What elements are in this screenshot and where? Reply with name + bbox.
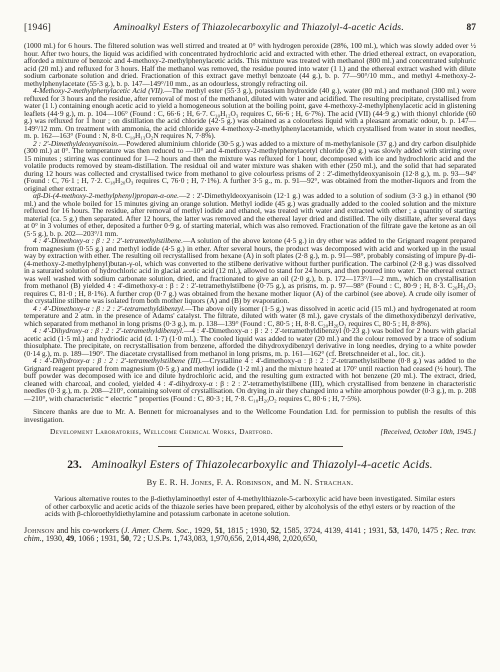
paragraph-methoxy-acid: 4-Methoxy-2-methylphenylacetic Acid (VII… bbox=[24, 87, 476, 140]
header-page-number: 87 bbox=[467, 23, 477, 33]
paragraph-tetramethyldibenzyl: 4 : 4'-Dimethoxy-α : β : 2 : 2'-tetramet… bbox=[24, 305, 476, 328]
acknowledgement-text: Sincere thanks are due to Mr. A. Bennett… bbox=[24, 408, 476, 423]
paragraph-text: —The methyl ester (55·3 g.), potassium h… bbox=[24, 86, 476, 140]
acknowledgement: Sincere thanks are due to Mr. A. Bennett… bbox=[24, 408, 476, 423]
paragraph-propanone: αβ-Di-(4-methoxy-2-methylphenyl)propan-α… bbox=[24, 192, 476, 237]
abstract: Various alternative routes to the β-diet… bbox=[45, 495, 455, 518]
text-segment: 53 bbox=[389, 526, 397, 535]
paragraph-text: —Powdered aluminium chloride (30·5 g.) w… bbox=[24, 139, 476, 193]
header-year: [1946] bbox=[24, 23, 51, 33]
paragraph-dihydroxydibenzyl: 4 : 4'-Dihydroxy-α : β : 2 : 2'-tetramet… bbox=[24, 327, 476, 357]
header-running-title: Aminoalkyl Esters of Thiazolecarboxylic … bbox=[51, 22, 466, 33]
article-number: 23. bbox=[67, 458, 82, 471]
text-segment: , 1066 ; 1931, bbox=[74, 534, 121, 543]
paragraph-continuation: (1000 ml.) for 6 hours. The filtered sol… bbox=[24, 42, 476, 87]
paragraph-text: (1000 ml.) for 6 hours. The filtered sol… bbox=[24, 41, 476, 88]
abstract-text: Various alternative routes to the β-diet… bbox=[45, 495, 455, 518]
paragraph-dihydroxystilbene: 4 : 4'-Dihydroxy-α : β : 2 : 2'-tetramet… bbox=[24, 357, 476, 402]
article-divider bbox=[158, 446, 343, 447]
paragraph-text: —2 : 2'-Dimethyldeoxyanisoin (12·1 g.) w… bbox=[24, 191, 476, 238]
introduction: Johnson and his co-workers (J. Amer. Che… bbox=[24, 527, 476, 544]
running-header: [1946] Aminoalkyl Esters of Thiazolecarb… bbox=[24, 22, 476, 33]
paragraph-tetramethylstilbene: 4 : 4'-Dimethoxy-α : β : 2 : 2'-tetramet… bbox=[24, 237, 476, 305]
address-row: Development Laboratories, Wellcome Chemi… bbox=[24, 428, 476, 436]
introduction-text: Johnson and his co-workers (J. Amer. Che… bbox=[24, 527, 476, 544]
article-title: Aminoalkyl Esters of Thiazolecarboxylic … bbox=[92, 458, 433, 471]
text-segment: and bbox=[273, 478, 291, 487]
paragraph-text: —A solution of the above ketone (4·5 g.)… bbox=[24, 236, 476, 305]
text-segment: By bbox=[147, 478, 160, 487]
experimental-section: (1000 ml.) for 6 hours. The filtered sol… bbox=[24, 42, 476, 402]
journal-page: [1946] Aminoalkyl Esters of Thiazolecarb… bbox=[0, 0, 500, 672]
byline: By E. R. H. Jones, F. A. Robinson, and M… bbox=[24, 478, 476, 487]
received-date: [Received, October 10th, 1945.] bbox=[380, 428, 476, 436]
institution-address: Development Laboratories, Wellcome Chemi… bbox=[24, 428, 273, 436]
text-segment: 50 bbox=[121, 534, 129, 543]
paragraph-dimethyldeoxyanisoin: 2 : 2'-Dimethyldeoxyanisoin.—Powdered al… bbox=[24, 140, 476, 193]
text-segment: , 1930, bbox=[42, 534, 66, 543]
text-segment: , 1470, 1475 ; bbox=[397, 526, 445, 535]
text-segment: , 72 ; U.S.Ps. 1,743,083, 1,970,656, 2,0… bbox=[129, 534, 317, 543]
text-segment: 49 bbox=[66, 534, 74, 543]
paragraph-text: —Crystalline 4 : 4'-dimethoxy-α : β : 2 … bbox=[24, 356, 476, 403]
article-title-row: 23.Aminoalkyl Esters of Thiazolecarboxyl… bbox=[24, 458, 476, 471]
text-segment: E. R. H. Jones, F. A. Robinson, bbox=[159, 478, 273, 487]
text-segment: M. N. Strachan. bbox=[291, 478, 353, 487]
